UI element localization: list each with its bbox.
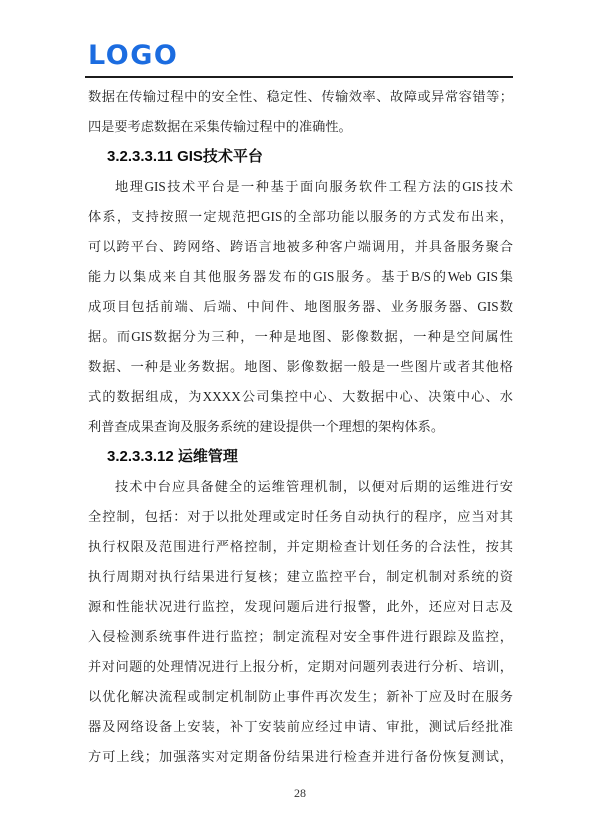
- paragraph-line: 技术中台应具备健全的运维管理机制，以便对后期的运维进行安: [88, 472, 513, 502]
- paragraph-line: 四是要考虑数据在采集传输过程中的准确性。: [88, 112, 513, 142]
- paragraph-line: 器及网络设备上安装，补丁安装前应经过申请、审批，测试后经批准: [88, 712, 513, 742]
- page-header: LOGO: [0, 0, 600, 78]
- document-body: 数据在传输过程中的安全性、稳定性、传输效率、故障或异常容错等； 四是要考虑数据在…: [0, 78, 600, 772]
- paragraph-line: 全控制，包括：对于以批处理或定时任务自动执行的程序，应当对其: [88, 502, 513, 532]
- paragraph-line: 利普查成果查询及服务系统的建设提供一个理想的架构体系。: [88, 412, 513, 442]
- page-footer: 28: [0, 786, 600, 801]
- paragraph-line: 成项目包括前端、后端、中间件、地图服务器、业务服务器、GIS数: [88, 292, 513, 322]
- paragraph-line: 执行周期对执行结果进行复核；建立监控平台，制定机制对系统的资: [88, 562, 513, 592]
- paragraph-line: 可以跨平台、跨网络、跨语言地被多种客户端调用，并具备服务聚合: [88, 232, 513, 262]
- paragraph-line: 地理GIS技术平台是一种基于面向服务软件工程方法的GIS技术: [88, 172, 513, 202]
- paragraph-line: 据。而GIS数据分为三种，一种是地图、影像数据，一种是空间属性: [88, 322, 513, 352]
- page-number: 28: [294, 786, 306, 800]
- paragraph-line: 体系，支持按照一定规范把GIS的全部功能以服务的方式发布出来，: [88, 202, 513, 232]
- document-page: LOGO 数据在传输过程中的安全性、稳定性、传输效率、故障或异常容错等； 四是要…: [0, 0, 600, 829]
- logo-text: LOGO: [88, 42, 512, 69]
- paragraph-line: 以优化解决流程或制定机制防止事件再次发生；新补丁应及时在服务: [88, 682, 513, 712]
- paragraph-line: 入侵检测系统事件进行监控；制定流程对安全事件进行跟踪及监控，: [88, 622, 513, 652]
- paragraph-line: 执行权限及范围进行严格控制，并定期检查计划任务的合法性，按其: [88, 532, 513, 562]
- paragraph-line: 能力以集成来自其他服务器发布的GIS服务。基于B/S的Web GIS集: [88, 262, 513, 292]
- section-heading-gis: 3.2.3.3.11 GIS技术平台: [88, 142, 513, 172]
- paragraph-line: 数据在传输过程中的安全性、稳定性、传输效率、故障或异常容错等；: [88, 82, 513, 112]
- paragraph-line: 式的数据组成，为XXXX公司集控中心、大数据中心、决策中心、水: [88, 382, 513, 412]
- section-heading-ops: 3.2.3.3.12 运维管理: [88, 442, 513, 472]
- paragraph-line: 源和性能状况进行监控，发现问题后进行报警，此外，还应对日志及: [88, 592, 513, 622]
- paragraph-line: 方可上线；加强落实对定期备份结果进行检查并进行备份恢复测试，: [88, 742, 513, 772]
- paragraph-line: 数据、一种是业务数据。地图、影像数据一般是一些图片或者其他格: [88, 352, 513, 382]
- paragraph-line: 并对问题的处理情况进行上报分析，定期对问题列表进行分析、培训，: [88, 652, 513, 682]
